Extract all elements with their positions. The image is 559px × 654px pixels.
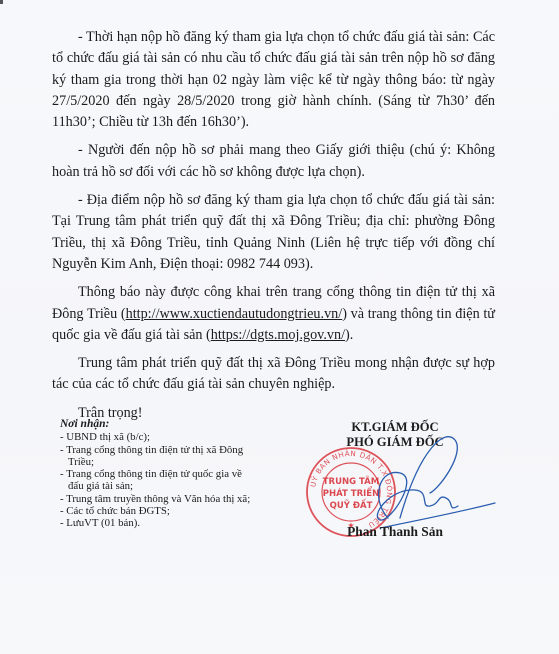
paragraph-deadline: - Thời hạn nộp hồ đăng ký tham gia lựa c…: [52, 27, 495, 133]
publication-text-3: ).: [345, 327, 353, 343]
scanned-document-page: - Thời hạn nộp hồ đăng ký tham gia lựa c…: [0, 0, 559, 654]
paragraph-submission-location: - Địa điểm nộp hồ sơ đăng ký tham gia lự…: [52, 190, 495, 275]
paragraph-cooperation: Trung tâm phát triển quỹ đất thị xã Đông…: [52, 353, 495, 396]
recipient-item: - Trung tâm truyền thông và Văn hóa thị …: [60, 493, 260, 505]
link-xuctiendautudongtrieu[interactable]: http://www.xuctiendautudongtrieu.vn/: [126, 306, 343, 322]
recipient-item: - Trang cổng thông tin điện tử thị xã Đô…: [60, 444, 260, 469]
recipients-title: Nơi nhận:: [60, 418, 260, 430]
scan-artifact: [0, 0, 3, 4]
recipient-item: - UBND thị xã (b/c);: [60, 431, 260, 443]
recipients-block: Nơi nhận: - UBND thị xã (b/c); - Trang c…: [60, 418, 260, 530]
recipient-item: - Các tổ chức bán ĐGTS;: [60, 505, 260, 517]
paragraph-publication: Thông báo này được công khai trên trang …: [52, 282, 495, 346]
signer-name: Phan Thanh Sản: [300, 524, 490, 540]
link-dgts-moj[interactable]: https://dgts.moj.gov.vn/: [211, 327, 345, 343]
recipient-item: - LưuVT (01 bản).: [60, 517, 260, 529]
document-body: - Thời hạn nộp hồ đăng ký tham gia lựa c…: [52, 27, 495, 431]
paragraph-introduction-letter: - Người đến nộp hồ sơ phải mang theo Giấ…: [52, 140, 495, 183]
recipient-item: - Trang cổng thông tin điện tử quốc gia …: [60, 468, 260, 493]
